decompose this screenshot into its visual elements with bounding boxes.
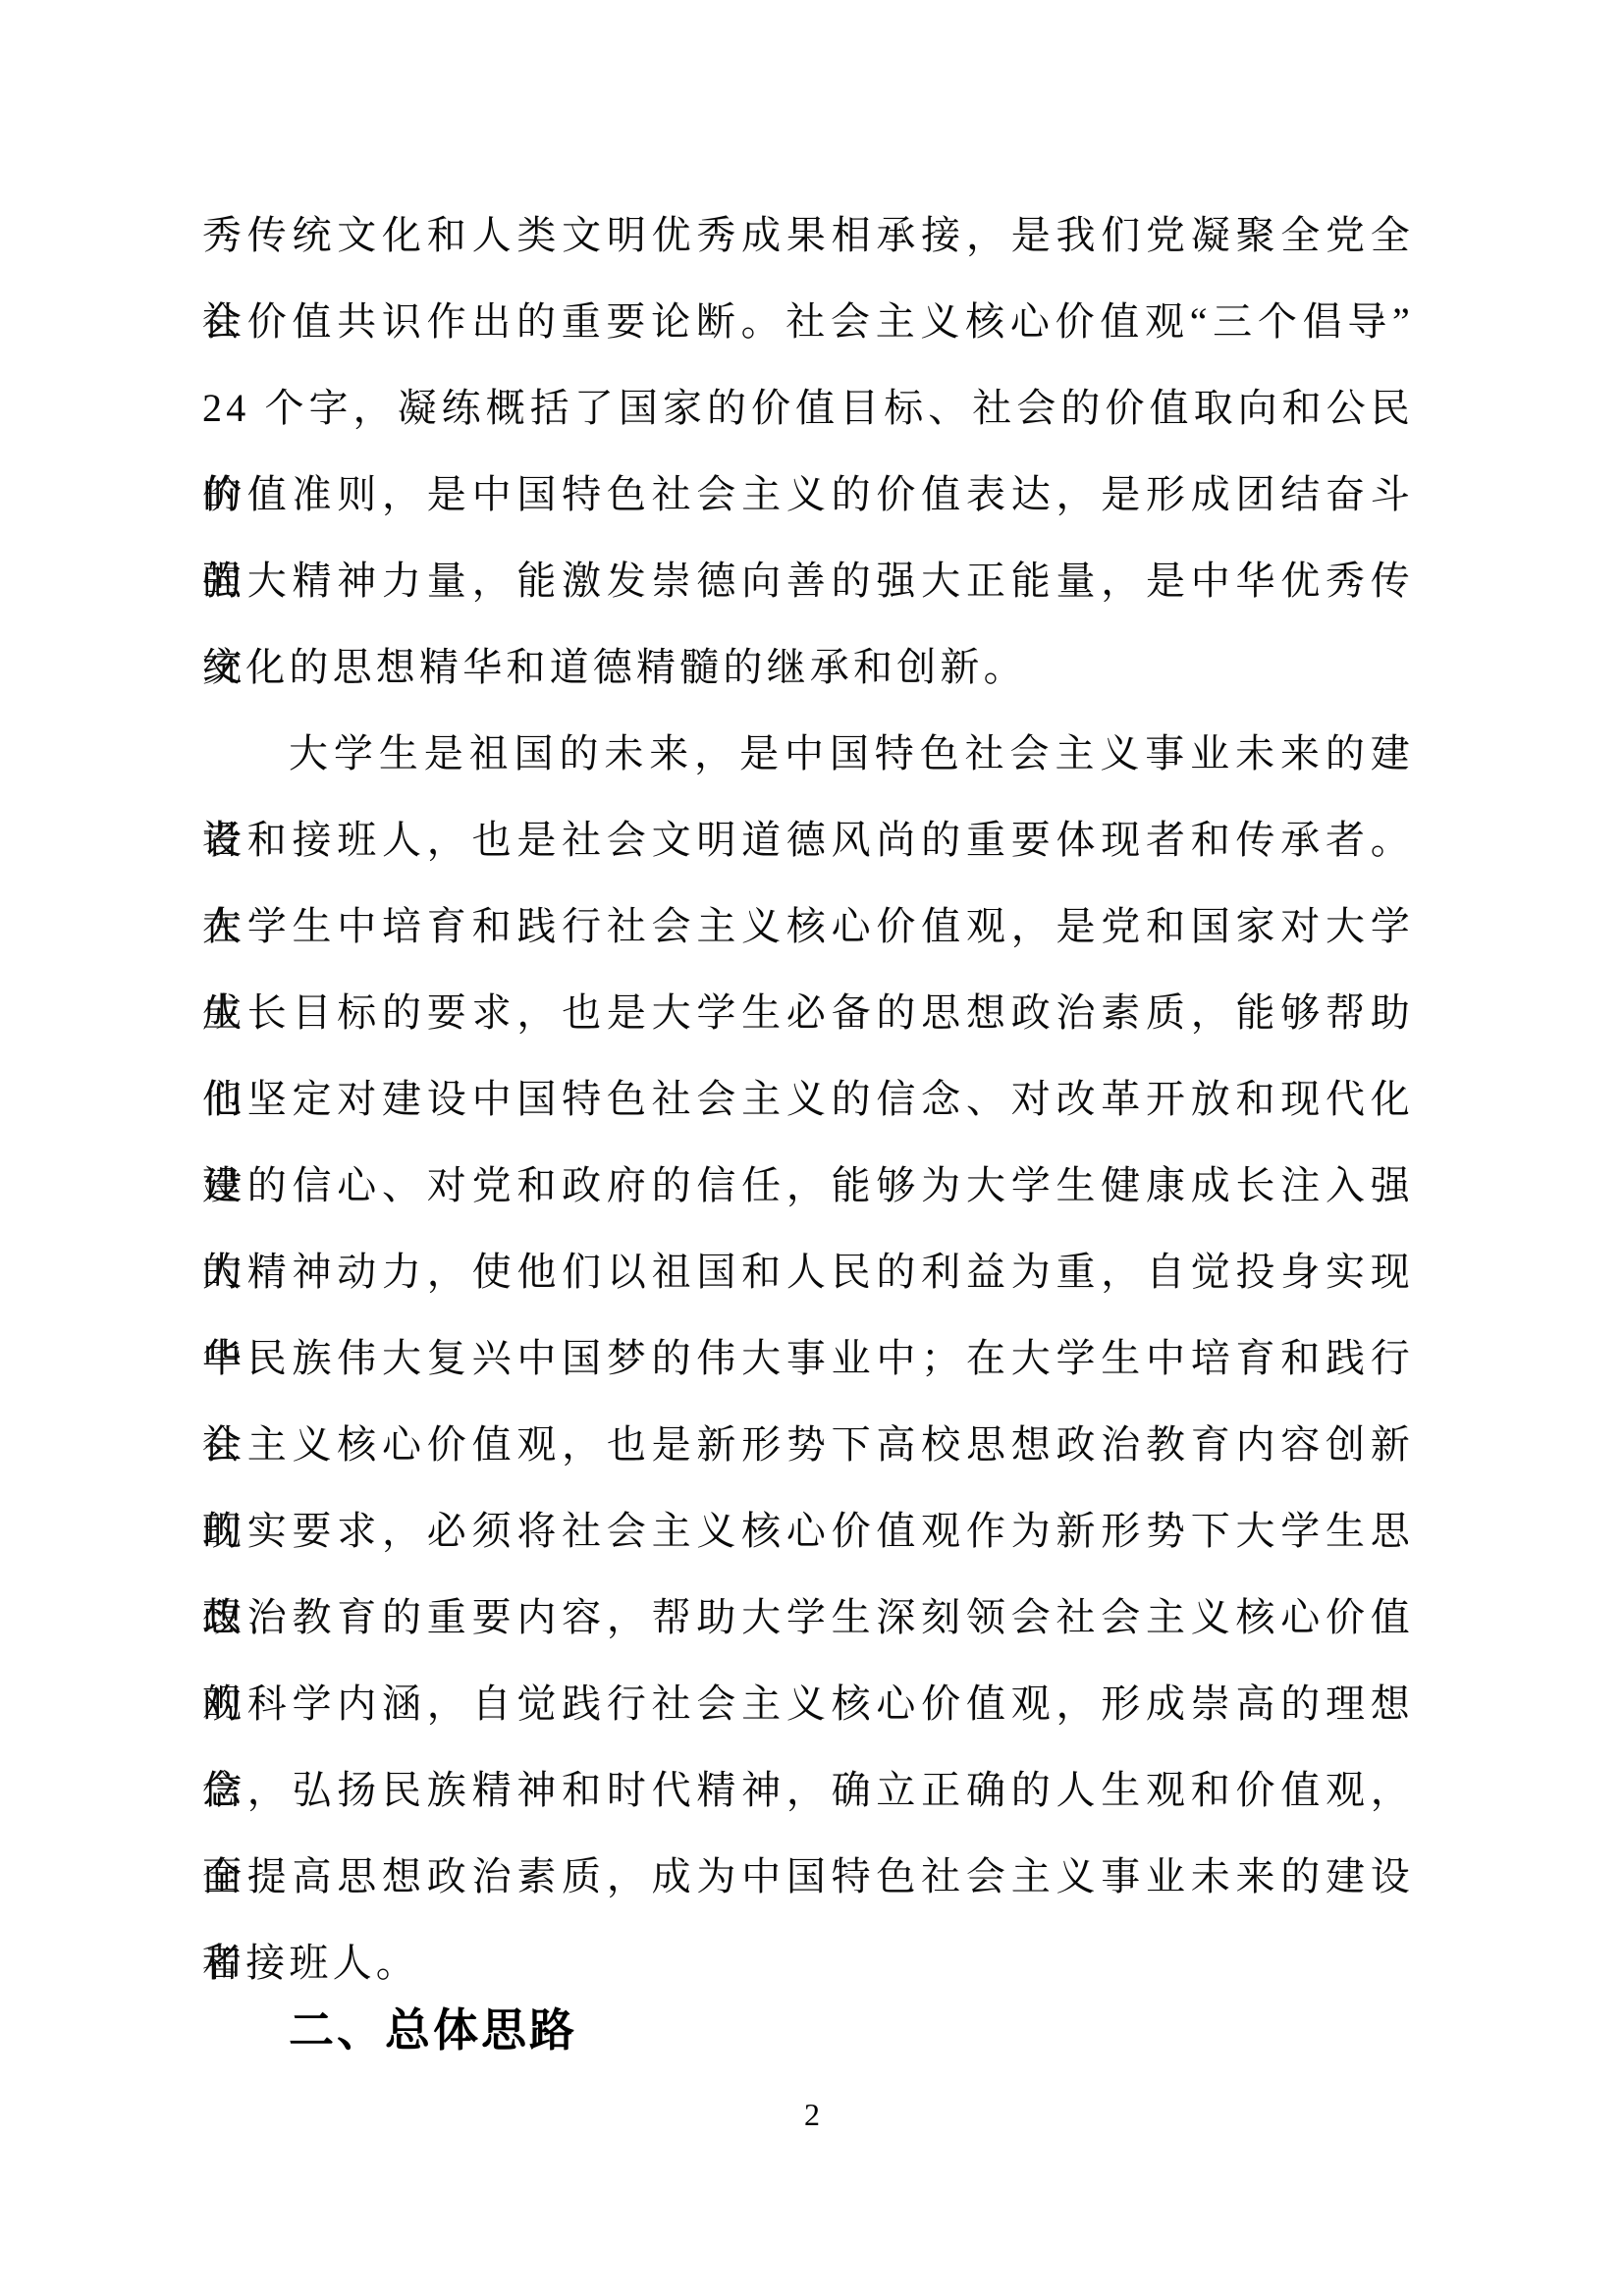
body-line: 华民族伟大复兴中国梦的伟大事业中；在大学生中培育和践行社 [202,1315,1414,1402]
body-line: 成长目标的要求，也是大学生必备的思想政治素质，能够帮助他 [202,970,1414,1056]
section-heading: 二、总体思路 [202,1987,1414,2073]
body-line paragraph-start: 大学生是祖国的未来，是中国特色社会主义事业未来的建设 [202,711,1414,797]
body-line: 设的信心、对党和政府的信任，能够为大学生健康成长注入强大 [202,1143,1414,1229]
body-line: 24 个字，凝练概括了国家的价值目标、社会的价值取向和公民的 [202,365,1414,452]
page-number: 2 [0,2095,1624,2134]
body-line: 现实要求，必须将社会主义核心价值观作为新形势下大学生思想 [202,1488,1414,1575]
body-line paragraph-end: 文化的思想精华和道德精髓的继承和创新。 [202,624,1414,711]
body-line: 的科学内涵，自觉践行社会主义核心价值观，形成崇高的理想信 [202,1661,1414,1747]
body-line: 们坚定对建设中国特色社会主义的信念、对改革开放和现代化建 [202,1056,1414,1143]
body-line: 会价值共识作出的重要论断。社会主义核心价值观“三个倡导” [202,279,1414,365]
body-text-block: 秀传统文化和人类文明优秀成果相承接，是我们党凝聚全党全社 会价值共识作出的重要论… [202,192,1414,2073]
body-line: 大学生中培育和践行社会主义核心价值观，是党和国家对大学生 [202,883,1414,970]
body-line: 的精神动力，使他们以祖国和人民的利益为重，自觉投身实现中 [202,1229,1414,1315]
body-line: 会主义核心价值观，也是新形势下高校思想政治教育内容创新的 [202,1402,1414,1488]
body-line: 强大精神力量，能激发崇德向善的强大正能量，是中华优秀传统 [202,538,1414,624]
document-page: 秀传统文化和人类文明优秀成果相承接，是我们党凝聚全党全社 会价值共识作出的重要论… [0,0,1624,2296]
body-line: 价值准则，是中国特色社会主义的价值表达，是形成团结奋斗的 [202,452,1414,538]
body-line: 面提高思想政治素质，成为中国特色社会主义事业未来的建设者 [202,1834,1414,1920]
body-line: 念，弘扬民族精神和时代精神，确立正确的人生观和价值观，全 [202,1747,1414,1834]
body-line: 政治教育的重要内容，帮助大学生深刻领会社会主义核心价值观 [202,1575,1414,1661]
body-line: 秀传统文化和人类文明优秀成果相承接，是我们党凝聚全党全社 [202,192,1414,279]
body-line: 者和接班人，也是社会文明道德风尚的重要体现者和传承者。在 [202,797,1414,883]
